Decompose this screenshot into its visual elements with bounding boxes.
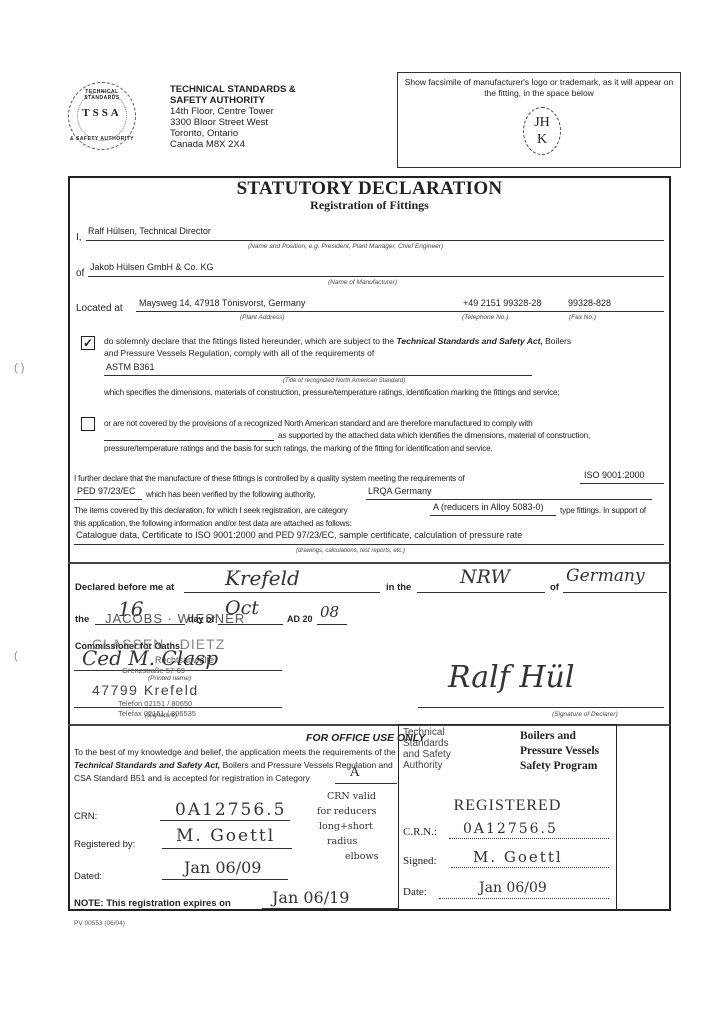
category-underline [430, 515, 556, 516]
stamp-signed-label: Signed: [403, 855, 437, 867]
fax-hint: (Fax No.) [569, 314, 596, 321]
stamp-date-label: Date: [403, 886, 427, 898]
manufacturer-prefix: of [76, 268, 84, 279]
authority-address-block: TECHNICAL STANDARDS & SAFETY AUTHORITY 1… [170, 84, 296, 150]
telephone-field[interactable]: +49 2151 99328-28 [463, 298, 541, 308]
declarant-prefix: I, [76, 232, 82, 243]
stamp-right-line: Safety Program [520, 759, 599, 774]
form-number: PV 00553 (06/04) [74, 920, 125, 927]
form-title: STATUTORY DECLARATION [68, 178, 671, 200]
category-field[interactable]: A (reducers in Alloy 5083-0) [433, 502, 544, 512]
plant-address-field[interactable]: Maysweg 14, 47918 Tönisvorst, Germany [139, 298, 305, 308]
stamp-signed-dots [451, 867, 609, 868]
expiry-label: NOTE: This registration expires on [74, 898, 231, 909]
note-line: long+short [319, 819, 378, 834]
of-label: of [550, 582, 559, 593]
stamp-right-block: Boilers and Pressure Vessels Safety Prog… [520, 729, 599, 774]
day-underline [95, 624, 185, 625]
stamp-right-line: Boilers and [520, 729, 599, 744]
declarant-hint: (Name and Position, e.g. President, Plan… [248, 243, 443, 250]
option1-text-d: which specifies the dimensions, material… [104, 387, 669, 399]
logo-instruction: Show facsimile of manufacturer's logo or… [398, 77, 680, 98]
stamp-crn-value[interactable]: 0A12756.5 [463, 821, 558, 837]
manufacturer-logo-box: Show facsimile of manufacturer's logo or… [397, 72, 681, 168]
office-text-b: Boilers and Pressure Vessels Regulation … [220, 760, 392, 770]
quality-text-d: type fittings. In support of [560, 505, 646, 517]
office-category-field[interactable]: A [350, 765, 359, 780]
quality-text-c: The items covered by this declaration, f… [74, 505, 347, 517]
signature-underline [74, 707, 282, 708]
address-line: 3300 Bloor Street West [170, 117, 296, 128]
note-line: CRN valid [327, 789, 378, 804]
crn-underline [160, 820, 290, 821]
office-text-c: CSA Standard B51 and is accepted for reg… [74, 772, 310, 784]
location-underline [136, 311, 664, 312]
declarant-field[interactable]: Ralf Hülsen, Technical Director [88, 226, 211, 236]
note-line: for reducers [317, 804, 378, 819]
dated-underline [162, 879, 288, 880]
stamp-date-value[interactable]: Jan 06/09 [479, 880, 547, 896]
expiry-field[interactable]: Jan 06/19 [272, 888, 349, 907]
option2-text-c: pressure/temperature ratings and the bas… [104, 443, 669, 455]
quality-text-b: which has been verified by the following… [146, 489, 315, 501]
registered-by-label: Registered by: [74, 839, 135, 850]
stamp-crn-label: C.R.N.: [403, 826, 437, 838]
declared-country-underline [563, 592, 667, 593]
compliance-standard-checkbox[interactable]: ✓ [81, 336, 95, 350]
in-the-label: in the [386, 582, 411, 593]
note-line: elbows [345, 849, 378, 864]
stamp-crn-dots [449, 838, 609, 839]
verifying-authority-field[interactable]: LRQA Germany [368, 486, 432, 496]
option2-text-a: or are not covered by the provisions of … [104, 418, 669, 430]
declarant-signature-hint: (Signature of Declarer) [552, 711, 618, 718]
option1-text: do solemnly declare that the fittings li… [104, 335, 664, 359]
registered-by-field[interactable]: M. Goettl [176, 826, 275, 846]
location-prefix: Located at [76, 303, 123, 314]
telephone-hint: (Telephone No.) [462, 314, 508, 321]
office-text-a: To the best of my knowledge and belief, … [74, 746, 399, 758]
year-underline [317, 624, 347, 625]
declared-city-field[interactable]: Krefeld [225, 566, 300, 590]
dated-field[interactable]: Jan 06/09 [184, 858, 261, 877]
declared-region-field[interactable]: NRW [460, 566, 510, 588]
standard-title-field[interactable]: ASTM B361 [106, 362, 155, 372]
declared-at-label: Declared before me at [75, 582, 174, 593]
registration-stamp: Technical Standards and Safety Authority… [398, 724, 617, 911]
stamp-left-line: Authority [403, 760, 451, 771]
dated-label: Dated: [74, 871, 102, 882]
authority-name-line1: TECHNICAL STANDARDS & [170, 84, 296, 95]
quality-standard-field-2[interactable]: PED 97/23/EC [77, 486, 136, 496]
jhk-logo-icon: JH K [523, 107, 561, 155]
quality-standard-field-1[interactable]: ISO 9001:2000 [584, 470, 645, 480]
seal-top-text: TECHNICAL STANDARDS [69, 89, 135, 101]
logo-text-k: K [524, 131, 560, 148]
address-line: Toronto, Ontario [170, 128, 296, 139]
office-category-underline [335, 783, 397, 784]
address-line: 14th Floor, Centre Tower [170, 106, 296, 117]
quality-text-a: I further declare that the manufacture o… [74, 473, 465, 485]
stamp-left-line: Technical [403, 727, 451, 738]
option1-text-a: do solemnly declare that the fittings li… [104, 336, 394, 346]
standard-title-underline [104, 375, 532, 376]
margin-mark: ( ) [14, 362, 24, 374]
signature-hint: (Signature) [145, 712, 177, 719]
seal-bottom-text: & SAFETY AUTHORITY [69, 136, 135, 142]
declared-country-field[interactable]: Germany [566, 566, 645, 586]
lawyer-stamp-line-5: 47799 Krefeld [92, 682, 199, 698]
declarant-signature-underline [418, 707, 664, 708]
tssa-seal: TECHNICAL STANDARDS TSSA & SAFETY AUTHOR… [68, 82, 136, 150]
logo-text-jh: JH [524, 114, 560, 131]
office-act-name: Technical Standards and Safety Act, [74, 760, 220, 770]
address-line: Canada M8X 2X4 [170, 139, 296, 150]
option1-text-c: and Pressure Vessels Regulation, comply … [104, 348, 374, 358]
handwritten-crn-note: CRN valid for reducers long+short radius… [323, 789, 378, 864]
act-name: Technical Standards and Safety Act, [397, 336, 543, 346]
stamp-right-line: Pressure Vessels [520, 744, 599, 759]
attachments-field[interactable]: Catalogue data, Certificate to ISO 9001:… [76, 530, 522, 540]
standard-title-hint: (Title of recognized North American Stan… [283, 378, 405, 384]
declared-city-underline [184, 592, 380, 593]
expiry-underline [262, 908, 398, 909]
stamp-left-line: Standards [403, 738, 451, 749]
attachments-hint: (drawings, calculations, test reports, e… [296, 548, 405, 554]
year-field[interactable]: 08 [320, 603, 339, 621]
authority-name-line2: SAFETY AUTHORITY [170, 95, 265, 106]
declarant-underline [86, 240, 664, 241]
quality-standard-underline-1 [580, 483, 664, 484]
non-standard-checkbox[interactable] [81, 417, 95, 431]
attachments-underline [74, 544, 664, 545]
stamp-left-block: Technical Standards and Safety Authority [403, 727, 451, 771]
non-standard-field[interactable] [104, 440, 274, 441]
month-field[interactable]: Oct [225, 597, 259, 619]
seal-center-text: TSSA [69, 107, 135, 119]
manufacturer-field[interactable]: Jakob Hülsen GmbH & Co. KG [90, 262, 214, 272]
ad-label: AD 20 [287, 614, 313, 624]
crn-field[interactable]: 0A12756.5 [175, 800, 286, 820]
the-label: the [75, 614, 89, 625]
printed-name-hint: (Printed name) [148, 675, 191, 682]
stamp-left-line: and Safety [403, 749, 451, 760]
manufacturer-underline [88, 276, 664, 277]
quality-standard-underline-2 [74, 499, 142, 500]
declarant-signature[interactable]: Ralf Hül [448, 660, 574, 695]
manufacturer-hint: (Name of Manufacturer) [328, 279, 397, 286]
registered-by-underline [162, 848, 292, 849]
option2-text-b: as supported by the attached data which … [278, 430, 670, 442]
quality-text-e: this application, the following informat… [74, 518, 351, 530]
lawyer-stamp-line-4: Grenzstraße 57-69 [122, 666, 185, 675]
section-divider [68, 562, 671, 564]
registered-status: REGISTERED [399, 797, 616, 815]
crn-label: CRN: [74, 811, 97, 822]
stamp-date-dots [439, 898, 609, 899]
verifying-authority-underline [366, 499, 652, 500]
option1-text-b: Boilers [543, 336, 571, 346]
margin-mark: ( [14, 650, 18, 662]
declared-region-underline [417, 592, 545, 593]
day-of-label: day of [188, 614, 215, 624]
note-line: radius [327, 834, 378, 849]
fax-field[interactable]: 99328-828 [568, 298, 611, 308]
form-subtitle: Registration of Fittings [68, 198, 671, 213]
month-underline [218, 624, 283, 625]
address-hint: (Plant Address) [240, 314, 285, 321]
stamp-signed-value[interactable]: M. Goettl [473, 848, 563, 866]
